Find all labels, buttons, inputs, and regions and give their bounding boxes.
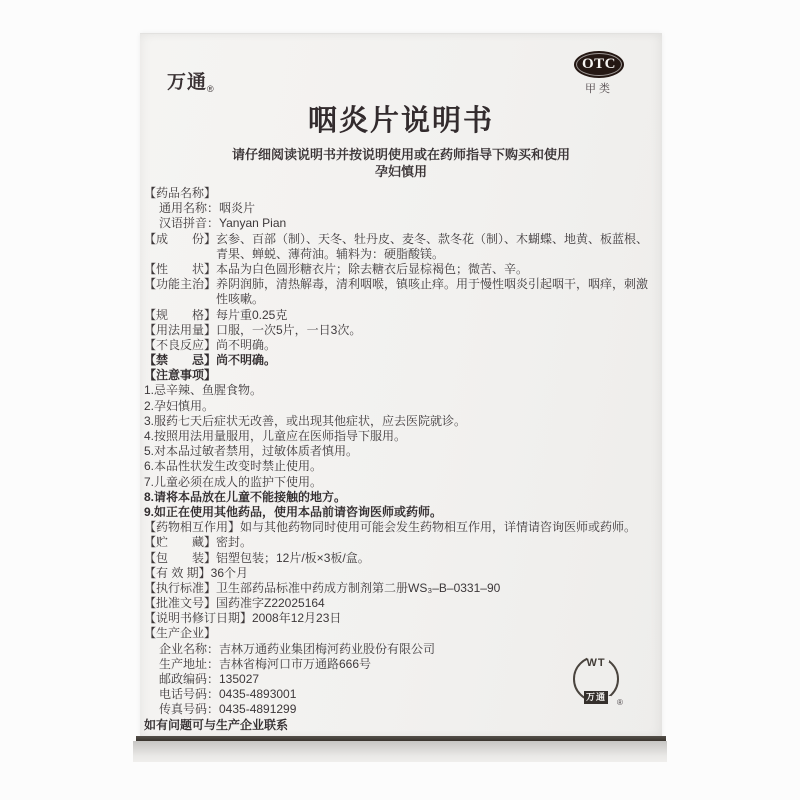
- leaflet-line-note-7: 7.儿童必须在成人的监护下使用。: [144, 475, 658, 490]
- paper-fold-edge: [133, 741, 667, 762]
- leaflet-line-packaging: 【包 装】铝塑包装；12片/板×3板/盒。: [144, 551, 658, 566]
- leaflet-line-note-6: 6.本品性状发生改变时禁止使用。: [144, 459, 658, 474]
- leaflet-line-precautions-header: 【注意事项】: [144, 368, 658, 383]
- leaflet-line-contraindication: 【禁 忌】尚不明确。: [144, 353, 658, 368]
- leaflet-line-ingredients-2: 青果、蝉蜕、薄荷油。辅料为：硬脂酸镁。: [144, 247, 658, 262]
- otc-label: OTC: [582, 56, 616, 73]
- leaflet-line-note-9: 9.如正在使用其他药品，使用本品前请咨询医师或药师。: [144, 505, 658, 520]
- leaflet-line-description: 【性 状】本品为白色圆形糖衣片；除去糖衣后显棕褐色；微苦、辛。: [144, 262, 658, 277]
- leaflet-line-note-4: 4.按照用法用量服用，儿童应在医师指导下服用。: [144, 429, 658, 444]
- leaflet-line-ingredients-1: 【成 份】玄参、百部（制）、天冬、牡丹皮、麦冬、款冬花（制）、木蝴蝶、地黄、板蓝…: [144, 232, 658, 247]
- wt-seal-name: 万通: [584, 691, 608, 704]
- wt-seal-initials: WT: [573, 657, 619, 669]
- leaflet-line-note-8: 8.请将本品放在儿童不能接触的地方。: [144, 490, 658, 505]
- leaflet-line-pinyin: 汉语拼音：Yanyan Pian: [144, 216, 658, 231]
- brand-name: 万通: [167, 72, 207, 93]
- leaflet-line-manufacturer-header: 【生产企业】: [144, 626, 658, 641]
- otc-badge: OTC: [574, 51, 624, 78]
- leaflet-line-interactions: 【药物相互作用】如与其他药物同时使用可能会发生药物相互作用，详情请咨询医师或药师…: [144, 520, 658, 535]
- otc-class-label: 甲类: [574, 80, 624, 96]
- leaflet-body: 【药品名称】 通用名称：咽炎片 汉语拼音：Yanyan Pian 【成 份】玄参…: [144, 186, 658, 733]
- leaflet-line-dosage: 【用法用量】口服，一次5片，一日3次。: [144, 323, 658, 338]
- leaflet-line-note-3: 3.服药七天后症状无改善，或出现其他症状，应去医院就诊。: [144, 414, 658, 429]
- leaflet-line-adverse: 【不良反应】尚不明确。: [144, 338, 658, 353]
- paper-sheet: 万通® OTC 甲类 咽炎片说明书 请仔细阅读说明书并按说明使用或在药师指导下购…: [140, 33, 662, 737]
- leaflet-line-standard: 【执行标准】卫生部药品标准中药成方制剂第二册WS₃–B–0331–90: [144, 581, 658, 596]
- leaflet-line-note-1: 1.忌辛辣、鱼腥食物。: [144, 383, 658, 398]
- pregnancy-warning: 孕妇慎用: [140, 163, 662, 180]
- leaflet-line-note-2: 2.孕妇慎用。: [144, 399, 658, 414]
- leaflet-line-indications-2: 性咳嗽。: [144, 292, 658, 307]
- usage-notice: 请仔细阅读说明书并按说明使用或在药师指导下购买和使用 孕妇慎用: [140, 146, 662, 180]
- leaflet-line-storage: 【贮 藏】密封。: [144, 535, 658, 550]
- leaflet-line-contact-note: 如有问题可与生产企业联系: [144, 718, 658, 733]
- brand-logo: 万通®: [167, 67, 214, 94]
- wt-seal: WT 万通 ®: [573, 654, 625, 708]
- leaflet-line-strength: 【规 格】每片重0.25克: [144, 308, 658, 323]
- page-title: 咽炎片说明书: [140, 98, 662, 139]
- leaflet-line-shelf-life: 【有 效 期】36个月: [144, 566, 658, 581]
- leaflet-photo: 万通® OTC 甲类 咽炎片说明书 请仔细阅读说明书并按说明使用或在药师指导下购…: [0, 0, 800, 800]
- leaflet-line-approval-number: 【批准文号】国药准字Z22025164: [144, 596, 658, 611]
- leaflet-line-revision-date: 【说明书修订日期】2008年12月23日: [144, 611, 658, 626]
- registered-mark-icon: ®: [207, 84, 214, 94]
- leaflet-line-indications-1: 【功能主治】养阴润肺，清热解毒，清利咽喉，镇咳止痒。用于慢性咽炎引起咽干，咽痒，…: [144, 277, 658, 292]
- leaflet-line-drug-name-header: 【药品名称】: [144, 186, 658, 201]
- registered-mark-icon: ®: [617, 698, 623, 707]
- leaflet-line-note-5: 5.对本品过敏者禁用，过敏体质者慎用。: [144, 444, 658, 459]
- leaflet-line-generic-name: 通用名称：咽炎片: [144, 201, 658, 216]
- usage-notice-line: 请仔细阅读说明书并按说明使用或在药师指导下购买和使用: [140, 146, 662, 163]
